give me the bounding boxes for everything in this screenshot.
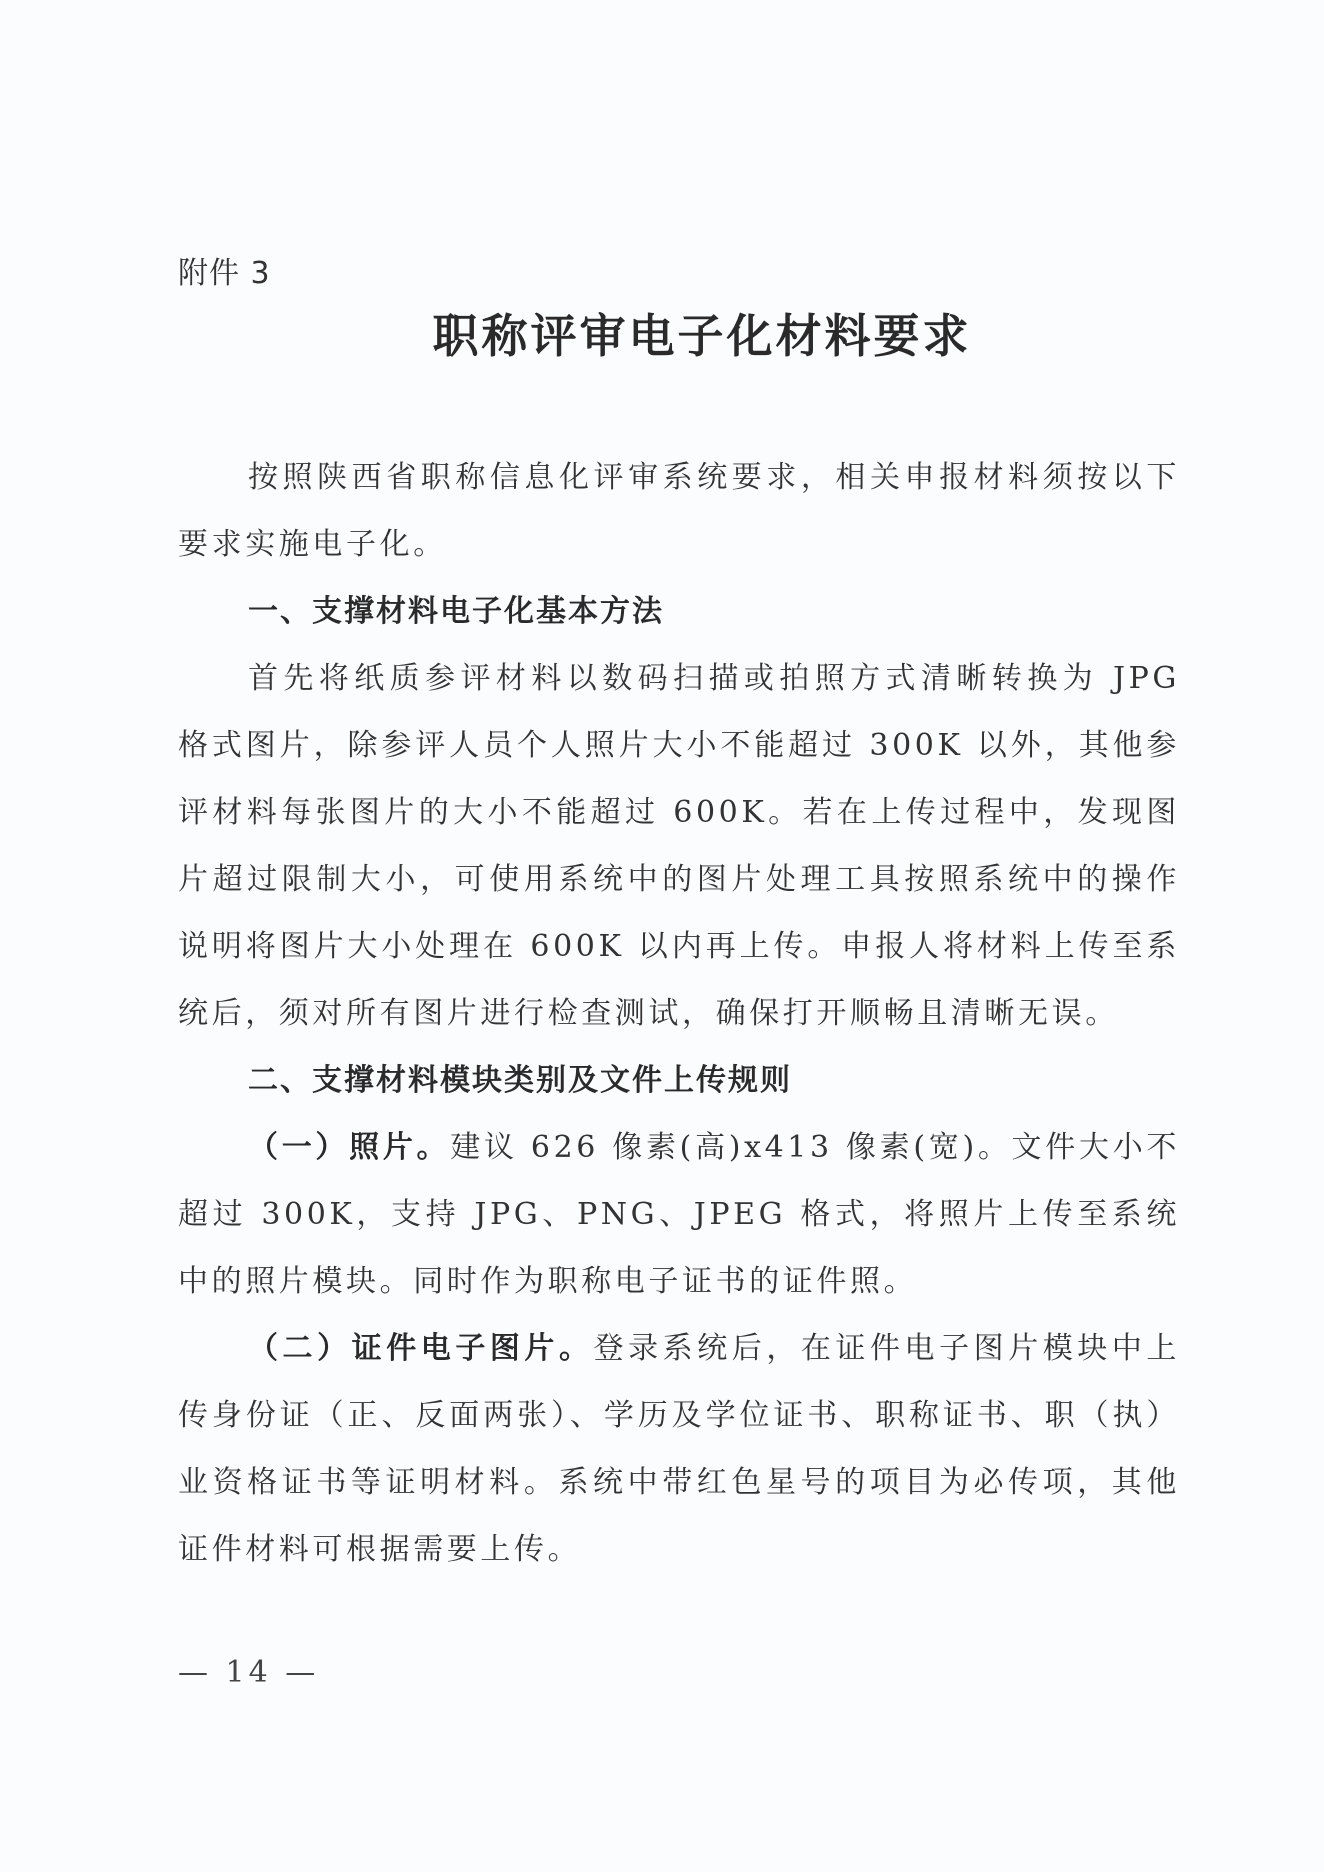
item-certificates-text: 登录系统后，在证件电子图片模块中上传身份证（正、反面两张）、学历及学位证书、职称… [178, 1331, 1180, 1567]
document-title: 职称评审电子化材料要求 [0, 300, 1324, 366]
page-number: — 14 — [178, 1655, 319, 1690]
section-heading-1: 一、支撑材料电子化基本方法 [178, 578, 1180, 645]
document-body: 按照陕西省职称信息化评审系统要求，相关申报材料须按以下要求实施电子化。 一、支撑… [178, 444, 1180, 1583]
item-photo: （一）照片。建议 626 像素(高)x413 像素(宽)。文件大小不超过 300… [178, 1114, 1180, 1315]
attachment-label: 附件 3 [178, 248, 271, 292]
item-certificates-lead: （二）证件电子图片。 [248, 1331, 594, 1366]
section-1-paragraph: 首先将纸质参评材料以数码扫描或拍照方式清晰转换为 JPG 格式图片，除参评人员个… [178, 645, 1180, 1047]
section-heading-2: 二、支撑材料模块类别及文件上传规则 [178, 1047, 1180, 1114]
document-page: 附件 3 职称评审电子化材料要求 按照陕西省职称信息化评审系统要求，相关申报材料… [0, 0, 1324, 1872]
item-photo-lead: （一）照片。 [248, 1130, 450, 1165]
item-certificates: （二）证件电子图片。登录系统后，在证件电子图片模块中上传身份证（正、反面两张）、… [178, 1315, 1180, 1583]
intro-paragraph: 按照陕西省职称信息化评审系统要求，相关申报材料须按以下要求实施电子化。 [178, 444, 1180, 578]
